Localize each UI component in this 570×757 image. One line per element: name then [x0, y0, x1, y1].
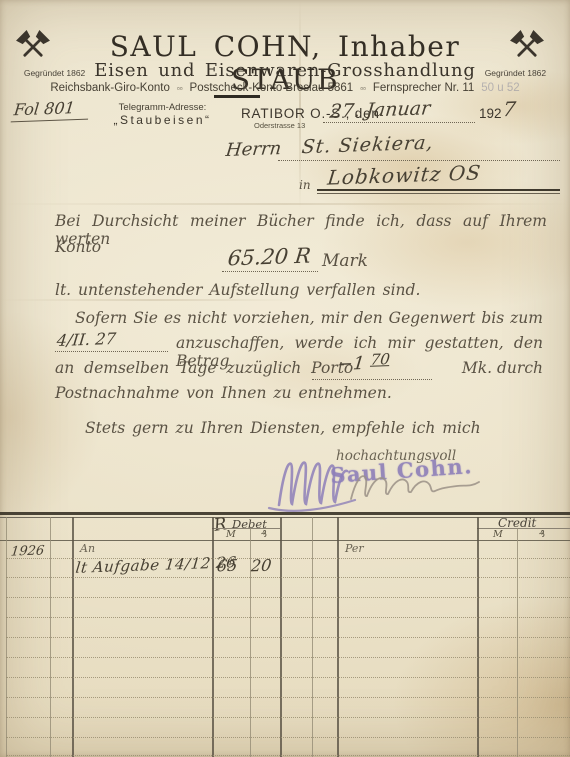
signature-violet-stroke: [279, 463, 347, 505]
credit-inner-line: [477, 528, 570, 529]
table-row-dotted-line: [6, 597, 570, 598]
porto-int: −1: [337, 353, 366, 375]
horizontal-fold-crease: [0, 203, 570, 205]
table-column-line: [250, 528, 251, 757]
table-row-dotted-line: [6, 677, 570, 678]
recipient-ruled-line: [278, 160, 560, 161]
founded-right-label: Gegründet 1862: [485, 68, 546, 78]
business-line: Eisen und Eisenwaren-Grosshandlung: [94, 60, 475, 81]
debet-pfennig-header: ₰: [261, 529, 267, 540]
table-row-dotted-line: [6, 755, 570, 756]
per-label: Per: [345, 542, 364, 555]
body-p3-line1: Sofern Sie es nicht vorziehen, mir den G…: [75, 309, 543, 327]
table-top-border-thick: [0, 512, 570, 515]
porto-ruled-line: [312, 379, 432, 380]
bank-fernsprecher: Fernsprecher Nr. 11: [373, 82, 474, 94]
body-p1-line1: Bei Durchsicht meiner Bücher finde ich, …: [55, 212, 547, 248]
separator-squares-icon: ▫▫: [360, 84, 366, 96]
body-p4: Stets gern zu Ihren Diensten, empfehle i…: [85, 419, 481, 437]
table-row-dotted-line: [6, 737, 570, 738]
credit-pfennig-header: ₰: [539, 529, 545, 540]
deadline-ruled-line: [55, 351, 168, 352]
separator-squares-icon: ▫▫: [177, 84, 183, 96]
amount-unit: Mark: [322, 251, 368, 271]
bank-fernsprecher-faded: 50 u 52: [481, 82, 519, 94]
horizontal-fold-crease-2: [0, 299, 300, 301]
city-underline-thick: [317, 189, 560, 191]
recipient-city: Lobkowitz OS: [326, 160, 482, 189]
table-column-line: [517, 528, 518, 757]
city-underline-thin: [317, 193, 560, 194]
an-label: An: [80, 542, 95, 555]
in-label: in: [299, 178, 311, 192]
amount-ruled-line: [222, 271, 318, 272]
credit-mark-header: M: [493, 529, 503, 540]
table-row-dotted-line: [6, 577, 570, 578]
body-p3-line3: an demselben Tage zuzüglich Porto: [55, 359, 353, 377]
scanned-letter: SAUL COHN, Inhaber STAUB Gegründet 1862 …: [0, 0, 570, 757]
body-p3-line3-end: Mk. durch: [443, 359, 543, 377]
body-p2: lt. untenstehender Aufstellung verfallen…: [55, 281, 420, 299]
handwritten-year-digit: 7: [502, 97, 517, 121]
postscheck-underline: [214, 95, 260, 98]
table-row-dotted-line: [6, 697, 570, 698]
signature-gray-stroke: [351, 476, 479, 499]
bank-accounts-line: Reichsbank-Giro-Konto ▫▫ Postscheck-Kont…: [0, 82, 570, 94]
telegram-address-label: Telegramm-Adresse:: [90, 102, 235, 113]
body-p1-line2: Konto: [55, 238, 101, 256]
amount-handwritten: 65.20 R: [227, 244, 312, 271]
bank-postscheck: Postscheck-Konto Breslau 5861: [190, 82, 354, 94]
folio-number: Fol 801: [11, 98, 90, 123]
street-line: Oderstrasse 13: [254, 121, 305, 130]
table-row-dotted-line: [6, 617, 570, 618]
business-row: Gegründet 1862 Eisen und Eisenwaren-Gros…: [0, 60, 570, 81]
porto-handwritten: −1 70: [337, 352, 391, 375]
table-row-dotted-line: [6, 717, 570, 718]
debet-inner-line: [212, 528, 280, 529]
handwritten-date: 27. Januar: [329, 97, 432, 122]
debet-mark-header: M: [226, 529, 236, 540]
signature: [263, 453, 493, 513]
table-row-dotted-line: [6, 558, 570, 559]
printed-year: 192: [479, 106, 502, 121]
salutation: Herrn: [225, 138, 283, 161]
founded-left-label: Gegründet 1862: [24, 68, 85, 78]
account-table: R Debet M ₰ Credit M ₰ 1926 An Per lt Au…: [0, 512, 570, 757]
telegram-address-name: „Staubeisen“: [90, 113, 235, 127]
body-p3-line4: Postnachnahme von Ihnen zu entnehmen.: [55, 384, 392, 402]
deadline-handwritten: 4/II. 27: [56, 329, 117, 350]
recipient-name: St. Siekiera,: [301, 132, 435, 159]
table-top-border-thin: [0, 517, 570, 518]
porto-frac: 70: [370, 350, 391, 369]
table-row-dotted-line: [6, 657, 570, 658]
table-row-dotted-line: [6, 637, 570, 638]
bank-reichsbank: Reichsbank-Giro-Konto: [50, 82, 170, 94]
signature-violet-flourish: [269, 500, 355, 511]
